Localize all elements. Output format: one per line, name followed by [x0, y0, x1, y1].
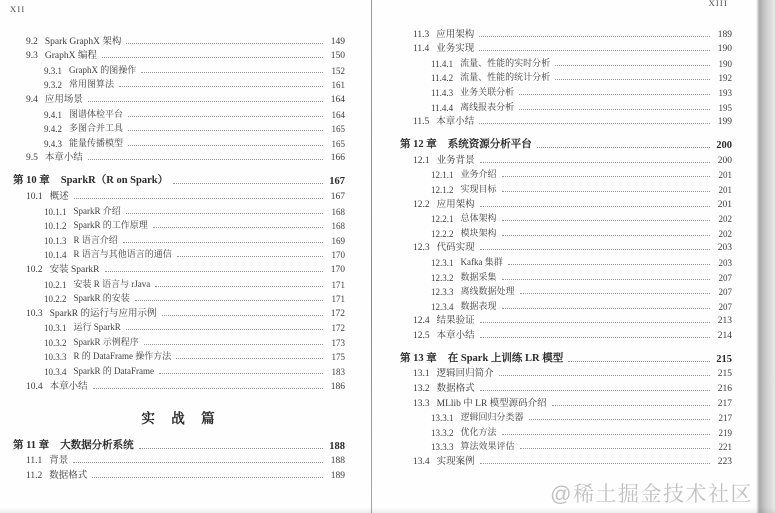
toc-entry-number: 12.3 — [413, 243, 430, 253]
toc-entry-title: 数据表现 — [461, 299, 497, 312]
toc-entry-page: 171 — [325, 294, 345, 304]
toc-entry-page: 207 — [712, 287, 732, 297]
toc-entry-page: 200 — [712, 156, 732, 166]
toc-entry-number: 12.3.1 — [431, 258, 454, 268]
toc-entry: 10.1.4R 语言与其他语言的通信170 — [13, 246, 345, 261]
toc-entry-title: 本章小结 — [45, 149, 83, 163]
toc-entry-page: 202 — [712, 229, 732, 239]
toc-entry-title: 逻辑回归简介 — [437, 365, 494, 379]
toc-entry-number: 10.2.2 — [44, 294, 67, 304]
dot-leader — [126, 329, 323, 330]
toc-entry-number: 9.4.1 — [44, 110, 62, 120]
toc-entry: 12.2.2模块架构202 — [400, 224, 732, 239]
dot-leader — [93, 388, 323, 389]
toc-entry-number: 11.1 — [26, 456, 42, 466]
toc-entry-title: R 语言介绍 — [74, 233, 118, 246]
dot-leader — [159, 373, 323, 374]
toc-entry-page: 223 — [712, 457, 732, 467]
toc-entry-title: SparkR 的 DataFrame — [74, 364, 154, 377]
toc-entry: 9.3GraphX 编程150 — [13, 47, 345, 62]
toc-entry-number: 第 13 章 — [400, 350, 437, 365]
dot-leader — [552, 405, 710, 406]
dot-leader — [480, 337, 710, 338]
toc-entry-title: SparkR 的安装 — [74, 291, 130, 304]
toc-entry-number: 12.3.3 — [431, 287, 454, 297]
dot-leader — [502, 220, 710, 221]
dot-leader — [139, 448, 323, 449]
toc-entry-number: 9.3 — [26, 51, 38, 61]
dot-leader — [88, 101, 323, 102]
toc-entry: 11.3应用架构189 — [400, 25, 732, 40]
toc-entry: 10.3.4SparkR 的 DataFrame183 — [13, 362, 345, 377]
toc-entry-page: 164 — [325, 95, 345, 105]
toc-entry-page: 169 — [325, 236, 345, 246]
toc-entry-page: 173 — [325, 338, 345, 348]
toc-entry-number: 9.3.1 — [44, 66, 62, 76]
toc-entry-number: 11.4 — [413, 44, 429, 54]
dot-leader — [479, 123, 710, 124]
toc-entry: 12.3代码实现203 — [400, 239, 732, 254]
toc-entry-title: 实现案例 — [437, 453, 475, 467]
toc-entry-number: 10.2 — [26, 265, 43, 275]
toc-entry-title: 应用场景 — [45, 91, 83, 105]
toc-entry-title: 能量传播模型 — [69, 136, 123, 149]
toc-entry-number: 9.3.2 — [44, 80, 62, 90]
dot-leader — [126, 43, 323, 44]
toc-entry-page: 172 — [325, 309, 345, 319]
toc-entry-number: 12.1 — [413, 156, 430, 166]
page-number-header-right: XIII — [709, 0, 728, 8]
toc-entry: 11.4.4离线报表分析195 — [400, 98, 732, 113]
toc-entry: 9.5本章小结166 — [13, 149, 345, 164]
toc-entry-page: 149 — [325, 37, 345, 47]
toc-entry-number: 10.3.2 — [44, 338, 67, 348]
dot-leader — [502, 235, 710, 236]
toc-entry-number: 10.3.3 — [44, 352, 67, 362]
toc-entry-page: 221 — [712, 442, 732, 452]
toc-entry-number: 10.1 — [26, 192, 43, 202]
toc-entry: 12.4结果验证213 — [400, 312, 732, 327]
toc-entry-title: MLlib 中 LR 模型源码介绍 — [437, 395, 547, 409]
toc-entry-number: 12.4 — [413, 316, 430, 326]
toc-entry: 11.4业务实现190 — [400, 40, 732, 55]
toc-entry-page: 188 — [325, 441, 345, 452]
toc-entry-number: 12.5 — [413, 331, 430, 341]
toc-entry-title: 数据采集 — [461, 270, 497, 283]
dot-leader — [128, 130, 323, 131]
toc-entry-page: 201 — [712, 200, 732, 210]
toc-entry-page: 215 — [712, 369, 732, 379]
toc-entry: 13.2数据格式216 — [400, 379, 732, 394]
toc-entry-page: 200 — [712, 140, 732, 151]
toc-entry-title: R 语言与其他语言的通信 — [74, 247, 172, 260]
toc-entry: 9.3.2常用图算法161 — [13, 76, 345, 91]
toc-page-right: XIII 11.3应用架构18911.4业务实现19011.4.1流量、性能的实… — [372, 0, 756, 513]
toc-entry-number: 10.3 — [26, 309, 43, 319]
toc-entry-page: 175 — [325, 352, 345, 362]
toc-entry-title: 本章小结 — [437, 327, 475, 341]
toc-entry-page: 203 — [712, 258, 732, 268]
toc-entry-title: 业务背景 — [437, 152, 475, 166]
toc-entry-page: 161 — [325, 80, 345, 90]
toc-entry: 12.3.4数据表现207 — [400, 297, 732, 312]
toc-entry-page: 202 — [712, 214, 732, 224]
toc-entry-number: 9.4.2 — [44, 124, 62, 134]
dot-leader — [480, 249, 710, 250]
toc-entry: 9.4应用场景164 — [13, 90, 345, 105]
toc-entry-title: 业务介绍 — [461, 167, 497, 180]
dot-leader — [173, 183, 323, 184]
toc-entry: 9.3.1GraphX 的图操作152 — [13, 61, 345, 76]
toc-entry-title: R 的 DataFrame 操作方法 — [74, 349, 172, 362]
toc-entry-number: 13.3.3 — [431, 442, 454, 452]
toc-entry-title: Spark GraphX 架构 — [45, 33, 122, 47]
dot-leader — [520, 448, 710, 449]
toc-entry: 12.2应用架构201 — [400, 195, 732, 210]
toc-entry-page: 168 — [325, 221, 345, 231]
toc-entry-page: 183 — [325, 367, 345, 377]
toc-entry-page: 186 — [325, 382, 345, 392]
toc-entry-page: 171 — [325, 280, 345, 290]
toc-entry-title: 优化方法 — [461, 425, 497, 438]
dot-leader — [555, 79, 710, 80]
toc-entry-number: 10.1.4 — [44, 250, 67, 260]
dot-leader — [480, 463, 710, 464]
toc-entry-number: 9.2 — [26, 37, 38, 47]
page-edge-shadow — [756, 0, 775, 513]
toc-entry: 10.2安装 SparkR170 — [13, 260, 345, 275]
toc-entry-title: 运行 SparkR — [74, 320, 121, 333]
toc-entry: 10.3SparkR 的运行与应用示例172 — [13, 304, 345, 319]
toc-entry-title: 逻辑回归分类器 — [461, 410, 524, 423]
dot-leader — [502, 434, 710, 435]
toc-entry: 11.5本章小结199 — [400, 113, 732, 128]
toc-entry-title: SparkR 的工作原理 — [74, 218, 148, 231]
dot-leader — [502, 191, 710, 192]
toc-entry-number: 13.3.1 — [431, 413, 454, 423]
site-watermark: @稀土掘金技术社区 — [550, 478, 753, 508]
dot-leader — [128, 145, 323, 146]
toc-entry-page: 192 — [712, 73, 732, 83]
dot-leader — [480, 206, 710, 207]
dot-leader — [508, 264, 710, 265]
dot-leader — [74, 198, 323, 199]
toc-entry-number: 11.5 — [413, 117, 429, 127]
toc-entry-page: 214 — [712, 331, 732, 341]
dot-leader — [479, 36, 710, 37]
toc-entry-page: 170 — [325, 250, 345, 260]
toc-entry-title: 背景 — [49, 452, 68, 466]
toc-entry-title: 常用图算法 — [69, 77, 114, 90]
toc-entry-title: 应用架构 — [437, 196, 475, 210]
toc-entry-number: 第 12 章 — [400, 136, 437, 151]
dot-leader — [520, 293, 710, 294]
toc-entry: 12.1.1业务介绍201 — [400, 166, 732, 181]
toc-entry-title: 结果验证 — [437, 312, 475, 326]
toc-entry-number: 9.4 — [26, 95, 38, 105]
toc-entry-page: 189 — [712, 30, 732, 40]
toc-entry: 13.1逻辑回归简介215 — [400, 365, 732, 380]
toc-entry: 10.1.3R 语言介绍169 — [13, 231, 345, 246]
toc-entry-title: 数据格式 — [49, 467, 87, 481]
toc-entry-page: 201 — [712, 170, 732, 180]
toc-entry-page: 167 — [325, 176, 345, 187]
toc-entry-number: 10.1.2 — [44, 221, 67, 231]
toc-entry-page: 207 — [712, 302, 732, 312]
page-number-header-left: XII — [10, 4, 25, 14]
toc-entry: 第 13 章在 Spark 上训练 LR 模型215 — [400, 348, 732, 365]
toc-entry-title: 概述 — [50, 188, 69, 202]
dot-leader — [155, 286, 323, 287]
toc-entry: 10.3.3R 的 DataFrame 操作方法175 — [13, 348, 345, 363]
toc-entry-title: Kafka 集群 — [461, 255, 503, 268]
toc-entry-title: 算法效果评估 — [461, 439, 515, 452]
toc-entry-title: GraphX 的图操作 — [69, 63, 136, 76]
toc-entry-page: 199 — [712, 117, 732, 127]
toc-entry-page: 168 — [325, 207, 345, 217]
toc-entry-number: 11.4.3 — [431, 88, 453, 98]
part-heading: 实 战 篇 — [13, 407, 345, 424]
toc-entry-page: 215 — [712, 354, 732, 365]
toc-entry-page: 213 — [712, 316, 732, 326]
toc-entry-title: 数据格式 — [437, 380, 475, 394]
dot-leader — [119, 86, 323, 87]
toc-entry: 9.2Spark GraphX 架构149 — [13, 32, 345, 47]
toc-entry-number: 10.3.4 — [44, 367, 67, 377]
toc-entry: 第 11 章大数据分析系统188 — [13, 435, 345, 452]
toc-list-left: 9.2Spark GraphX 架构1499.3GraphX 编程1509.3.… — [13, 32, 345, 481]
toc-entry-page: 217 — [712, 413, 732, 423]
toc-entry-number: 13.3.2 — [431, 428, 454, 438]
toc-entry-page: 193 — [712, 88, 732, 98]
toc-entry: 13.4实现案例223 — [400, 452, 732, 467]
toc-entry-title: 安装 R 语言与 rJava — [74, 277, 151, 290]
toc-entry-page: 219 — [712, 428, 732, 438]
toc-entry-number: 12.1.2 — [431, 185, 454, 195]
toc-entry-title: 多图合并工具 — [69, 121, 123, 134]
toc-entry: 第 10 章SparkR（R on Spark）167 — [13, 170, 345, 187]
toc-entry-number: 13.1 — [413, 369, 430, 379]
toc-entry-page: 164 — [325, 110, 345, 120]
toc-entry-title: 本章小结 — [50, 378, 88, 392]
toc-entry-number: 12.2.1 — [431, 214, 454, 224]
toc-entry: 10.2.2SparkR 的安装171 — [13, 290, 345, 305]
toc-entry-title: 在 Spark 上训练 LR 模型 — [448, 350, 564, 365]
toc-entry-title: 流量、性能的实时分析 — [460, 56, 550, 69]
toc-entry-page: 190 — [712, 44, 732, 54]
toc-entry-page: 165 — [325, 124, 345, 134]
toc-entry: 12.1.2实现目标201 — [400, 180, 732, 195]
dot-leader — [502, 279, 710, 280]
dot-leader — [519, 109, 710, 110]
toc-entry: 12.2.1总体架构202 — [400, 210, 732, 225]
toc-entry-number: 第 10 章 — [13, 172, 50, 187]
toc-entry-title: 模块架构 — [461, 226, 497, 239]
toc-entry: 13.3.2优化方法219 — [400, 423, 732, 438]
toc-entry-number: 11.4.2 — [431, 73, 453, 83]
toc-entry-page: 190 — [712, 59, 732, 69]
toc-entry: 13.3.3算法效果评估221 — [400, 438, 732, 453]
toc-entry-title: SparkR 介绍 — [74, 204, 121, 217]
toc-entry-number: 10.3.1 — [44, 323, 67, 333]
dot-leader — [529, 419, 710, 420]
dot-leader — [73, 462, 323, 463]
toc-entry-number: 10.1.3 — [44, 236, 67, 246]
toc-entry-number: 12.3.4 — [431, 302, 454, 312]
toc-entry-title: 业务实现 — [436, 40, 474, 54]
dot-leader — [92, 477, 323, 478]
toc-entry-title: 系统资源分析平台 — [448, 136, 532, 151]
toc-entry: 11.2数据格式189 — [13, 466, 345, 481]
toc-entry-page: 216 — [712, 384, 732, 394]
toc-entry: 12.3.3离线数据处理207 — [400, 283, 732, 298]
toc-entry-number: 12.1.1 — [431, 170, 454, 180]
dot-leader — [568, 361, 710, 362]
toc-entry-page: 172 — [325, 323, 345, 333]
toc-page-left: XII 9.2Spark GraphX 架构1499.3GraphX 编程150… — [0, 0, 371, 513]
toc-entry: 11.4.1流量、性能的实时分析190 — [400, 54, 732, 69]
toc-entry: 12.1业务背景200 — [400, 151, 732, 166]
toc-entry-title: 本章小结 — [436, 113, 474, 127]
toc-entry: 10.1.1SparkR 介绍168 — [13, 202, 345, 217]
dot-leader — [135, 300, 323, 301]
dot-leader — [499, 375, 710, 376]
toc-entry: 13.3MLlib 中 LR 模型源码介绍217 — [400, 394, 732, 409]
toc-entry: 9.4.1图谱体检平台164 — [13, 105, 345, 120]
toc-entry-page: 170 — [325, 265, 345, 275]
toc-entry-title: 实现目标 — [461, 182, 497, 195]
toc-entry-page: 203 — [712, 243, 732, 253]
toc-entry-title: 流量、性能的统计分析 — [460, 70, 550, 83]
toc-entry-page: 166 — [325, 153, 345, 163]
toc-entry-title: GraphX 编程 — [45, 47, 97, 61]
toc-entry-page: 152 — [325, 66, 345, 76]
toc-entry: 10.4本章小结186 — [13, 377, 345, 392]
toc-entry-number: 13.3 — [413, 399, 430, 409]
dot-leader — [479, 50, 710, 51]
toc-entry-number: 11.4.4 — [431, 103, 453, 113]
toc-entry: 12.5本章小结214 — [400, 326, 732, 341]
toc-entry-title: 离线报表分析 — [460, 100, 514, 113]
toc-entry-number: 10.4 — [26, 382, 43, 392]
toc-entry: 10.3.1运行 SparkR172 — [13, 319, 345, 334]
dot-leader — [480, 390, 710, 391]
dot-leader — [555, 65, 710, 66]
dot-leader — [123, 242, 323, 243]
toc-entry: 10.2.1安装 R 语言与 rJava171 — [13, 275, 345, 290]
dot-leader — [153, 227, 323, 228]
dot-leader — [141, 72, 323, 73]
toc-entry-page: 167 — [325, 192, 345, 202]
dot-leader — [162, 315, 323, 316]
toc-entry: 10.1概述167 — [13, 187, 345, 202]
dot-leader — [144, 344, 323, 345]
dot-leader — [502, 308, 710, 309]
toc-entry: 12.3.2数据采集207 — [400, 268, 732, 283]
toc-entry-number: 13.4 — [413, 457, 430, 467]
toc-entry: 11.4.3业务关联分析193 — [400, 83, 732, 98]
toc-entry-title: 代码实现 — [437, 239, 475, 253]
toc-entry-number: 10.1.1 — [44, 207, 67, 217]
toc-entry-number: 11.3 — [413, 30, 429, 40]
toc-entry: 9.4.3能量传播模型165 — [13, 134, 345, 149]
toc-list-right: 11.3应用架构18911.4业务实现19011.4.1流量、性能的实时分析19… — [400, 25, 732, 467]
dot-leader — [177, 256, 323, 257]
toc-entry-page: 189 — [325, 471, 345, 481]
dot-leader — [126, 213, 323, 214]
toc-entry-number: 11.2 — [26, 471, 42, 481]
toc-entry-title: 图谱体检平台 — [69, 107, 123, 120]
dot-leader — [519, 94, 710, 95]
dot-leader — [102, 57, 323, 58]
toc-entry: 10.1.2SparkR 的工作原理168 — [13, 217, 345, 232]
book-toc-spread: XII 9.2Spark GraphX 架构1499.3GraphX 编程150… — [0, 0, 775, 513]
dot-leader — [105, 271, 323, 272]
toc-entry-number: 11.4.1 — [431, 59, 453, 69]
toc-entry-page: 207 — [712, 273, 732, 283]
toc-entry-number: 13.2 — [413, 384, 430, 394]
toc-entry-number: 9.5 — [26, 153, 38, 163]
toc-entry-page: 150 — [325, 51, 345, 61]
dot-leader — [176, 358, 323, 359]
dot-leader — [537, 147, 710, 148]
toc-entry: 11.1背景188 — [13, 452, 345, 467]
toc-entry-number: 12.2.2 — [431, 229, 454, 239]
toc-entry: 11.4.2流量、性能的统计分析192 — [400, 69, 732, 84]
dot-leader — [88, 159, 323, 160]
toc-entry-title: SparkR 的运行与应用示例 — [50, 305, 157, 319]
toc-entry: 13.3.1逻辑回归分类器217 — [400, 409, 732, 424]
toc-entry-title: SparkR（R on Spark） — [61, 172, 168, 187]
toc-entry-title: 业务关联分析 — [460, 85, 514, 98]
toc-entry-number: 9.4.3 — [44, 139, 62, 149]
dot-leader — [128, 116, 323, 117]
toc-entry-title: 大数据分析系统 — [60, 437, 134, 452]
toc-entry-title: 安装 SparkR — [50, 261, 100, 275]
toc-entry: 9.4.2多图合并工具165 — [13, 120, 345, 135]
toc-entry-number: 第 11 章 — [13, 437, 49, 452]
dot-leader — [502, 176, 710, 177]
toc-entry-title: 总体架构 — [461, 211, 497, 224]
toc-entry: 12.3.1Kafka 集群203 — [400, 253, 732, 268]
dot-leader — [480, 322, 710, 323]
toc-entry: 10.3.2SparkR 示例程序173 — [13, 333, 345, 348]
dot-leader — [480, 162, 710, 163]
toc-entry-number: 12.2 — [413, 200, 430, 210]
toc-entry-number: 10.2.1 — [44, 280, 67, 290]
toc-entry-number: 12.3.2 — [431, 273, 454, 283]
toc-entry-page: 165 — [325, 139, 345, 149]
toc-entry-title: 离线数据处理 — [461, 284, 515, 297]
toc-entry-page: 201 — [712, 185, 732, 195]
toc-entry-title: SparkR 示例程序 — [74, 335, 139, 348]
toc-entry-page: 195 — [712, 103, 732, 113]
toc-entry-page: 217 — [712, 399, 732, 409]
toc-entry-page: 188 — [325, 456, 345, 466]
toc-entry: 第 12 章系统资源分析平台200 — [400, 134, 732, 151]
toc-entry-title: 应用架构 — [436, 26, 474, 40]
